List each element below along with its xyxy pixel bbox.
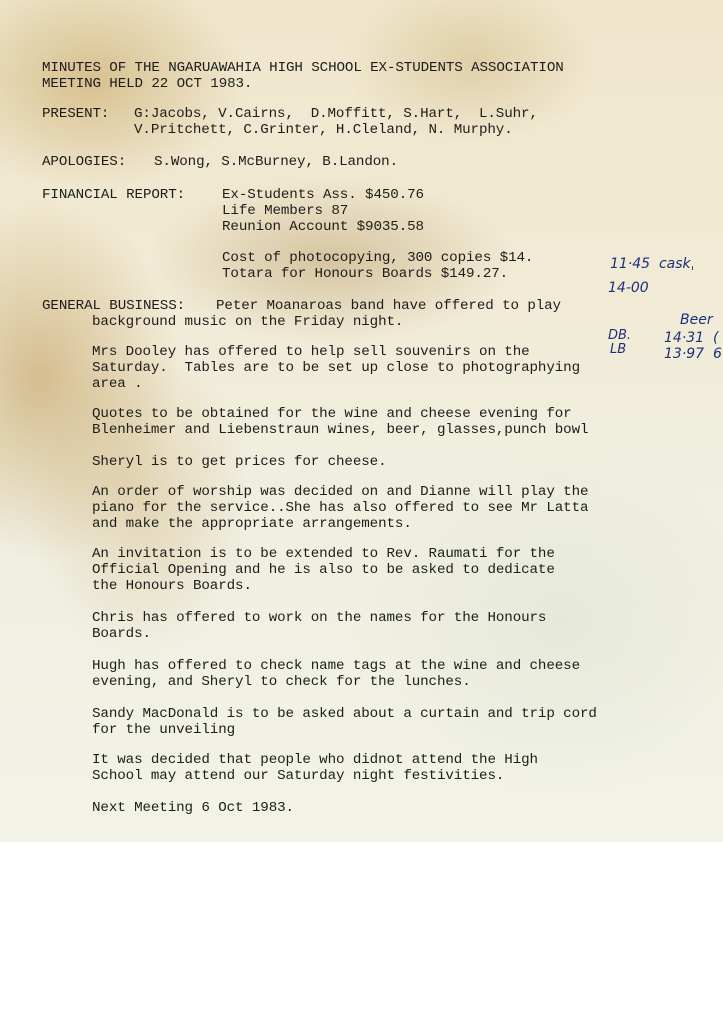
business-item: Chris has offered to work on the names f…: [92, 610, 546, 642]
handwritten-note: Beer: [680, 312, 713, 328]
business-item: Mrs Dooley has offered to help sell souv…: [92, 344, 580, 392]
handwritten-note: 11·45 caskˌ: [610, 256, 695, 272]
present-line: V.Pritchett, C.Grinter, H.Cleland, N. Mu…: [134, 122, 513, 138]
financial-report-lines: Ex-Students Ass. $450.76 Life Members 87…: [222, 187, 424, 235]
business-item: An invitation is to be extended to Rev. …: [92, 546, 555, 594]
business-item: Sheryl is to get prices for cheese.: [92, 454, 387, 470]
handwritten-note: 14-00: [608, 280, 649, 296]
financial-costs: Cost of photocopying, 300 copies $14. To…: [222, 250, 533, 282]
business-item: It was decided that people who didnot at…: [92, 752, 538, 784]
title-line-2: MEETING HELD 22 OCT 1983.: [42, 76, 252, 92]
title-line-1: MINUTES OF THE NGARUAWAHIA HIGH SCHOOL E…: [42, 60, 564, 76]
general-business-first-line: Peter Moanaroas band have offered to pla…: [216, 298, 561, 314]
present-label: PRESENT:: [42, 106, 109, 122]
handwritten-note: LB: [610, 342, 626, 357]
apologies-label: APOLOGIES:: [42, 154, 126, 170]
financial-line: Ex-Students Ass. $450.76: [222, 187, 424, 203]
handwritten-note: DB.: [608, 328, 631, 343]
business-item: Quotes to be obtained for the wine and c…: [92, 406, 588, 438]
business-item: Sandy MacDonald is to be asked about a c…: [92, 706, 597, 738]
present-line: G:Jacobs, V.Cairns, D.Moffitt, S.Hart, L…: [134, 106, 538, 122]
apologies-text: S.Wong, S.McBurney, B.Landon.: [154, 154, 398, 170]
scanned-paper: MINUTES OF THE NGARUAWAHIA HIGH SCHOOL E…: [0, 0, 723, 842]
business-item: Hugh has offered to check name tags at t…: [92, 658, 580, 690]
business-item: An order of worship was decided on and D…: [92, 484, 588, 532]
financial-report-label: FINANCIAL REPORT:: [42, 187, 185, 203]
present-list: G:Jacobs, V.Cairns, D.Moffitt, S.Hart, L…: [134, 106, 538, 138]
cost-line: Cost of photocopying, 300 copies $14.: [222, 250, 533, 266]
handwritten-note: 13·97 6: [664, 346, 722, 362]
financial-line: Reunion Account $9035.58: [222, 219, 424, 235]
financial-line: Life Members 87: [222, 203, 348, 219]
business-item: Next Meeting 6 Oct 1983.: [92, 800, 294, 816]
document-title: MINUTES OF THE NGARUAWAHIA HIGH SCHOOL E…: [42, 60, 564, 92]
general-business-label: GENERAL BUSINESS:: [42, 298, 185, 314]
handwritten-note: 14·31 (: [664, 330, 718, 346]
cost-line: Totara for Honours Boards $149.27.: [222, 266, 508, 282]
business-item: background music on the Friday night.: [92, 314, 403, 330]
